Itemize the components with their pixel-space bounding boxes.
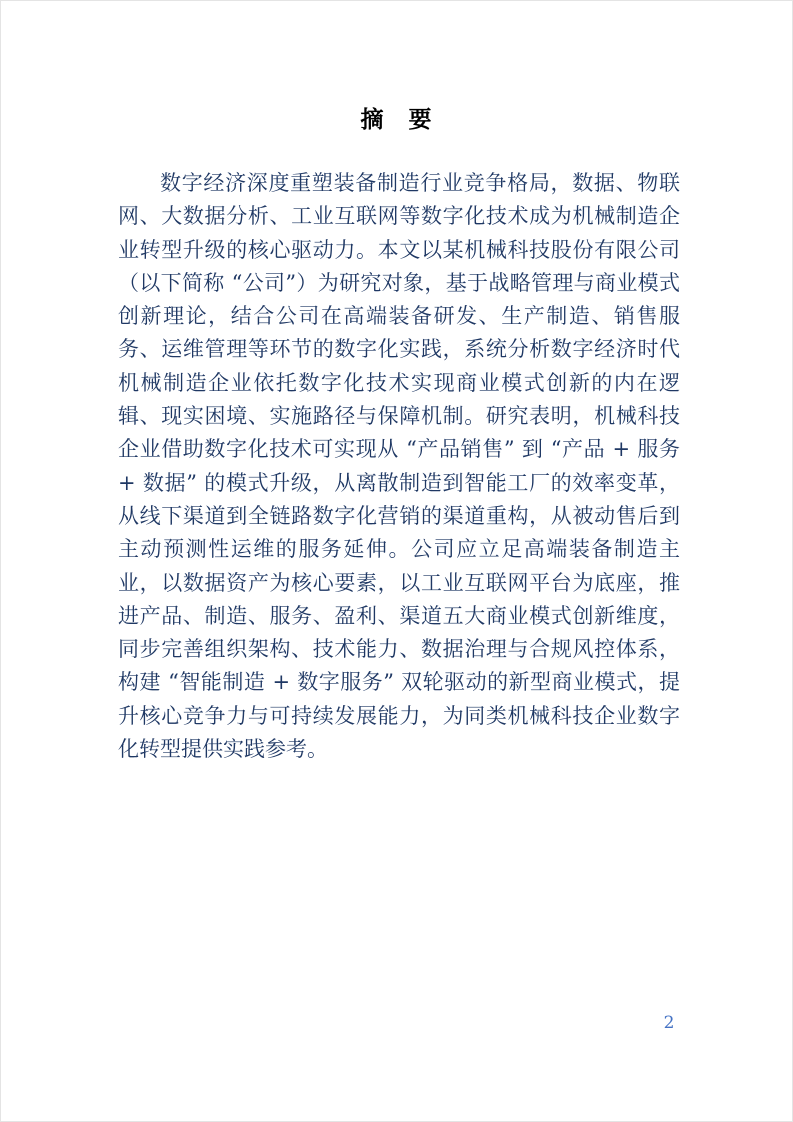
page-title: 摘 要	[1, 101, 792, 134]
abstract-paragraph: 数字经济深度重塑装备制造行业竞争格局，数据、物联网、大数据分析、工业互联网等数字…	[118, 167, 680, 766]
page-number: 2	[641, 1013, 697, 1033]
document-page: 摘 要 数字经济深度重塑装备制造行业竞争格局，数据、物联网、大数据分析、工业互联…	[0, 0, 793, 1122]
